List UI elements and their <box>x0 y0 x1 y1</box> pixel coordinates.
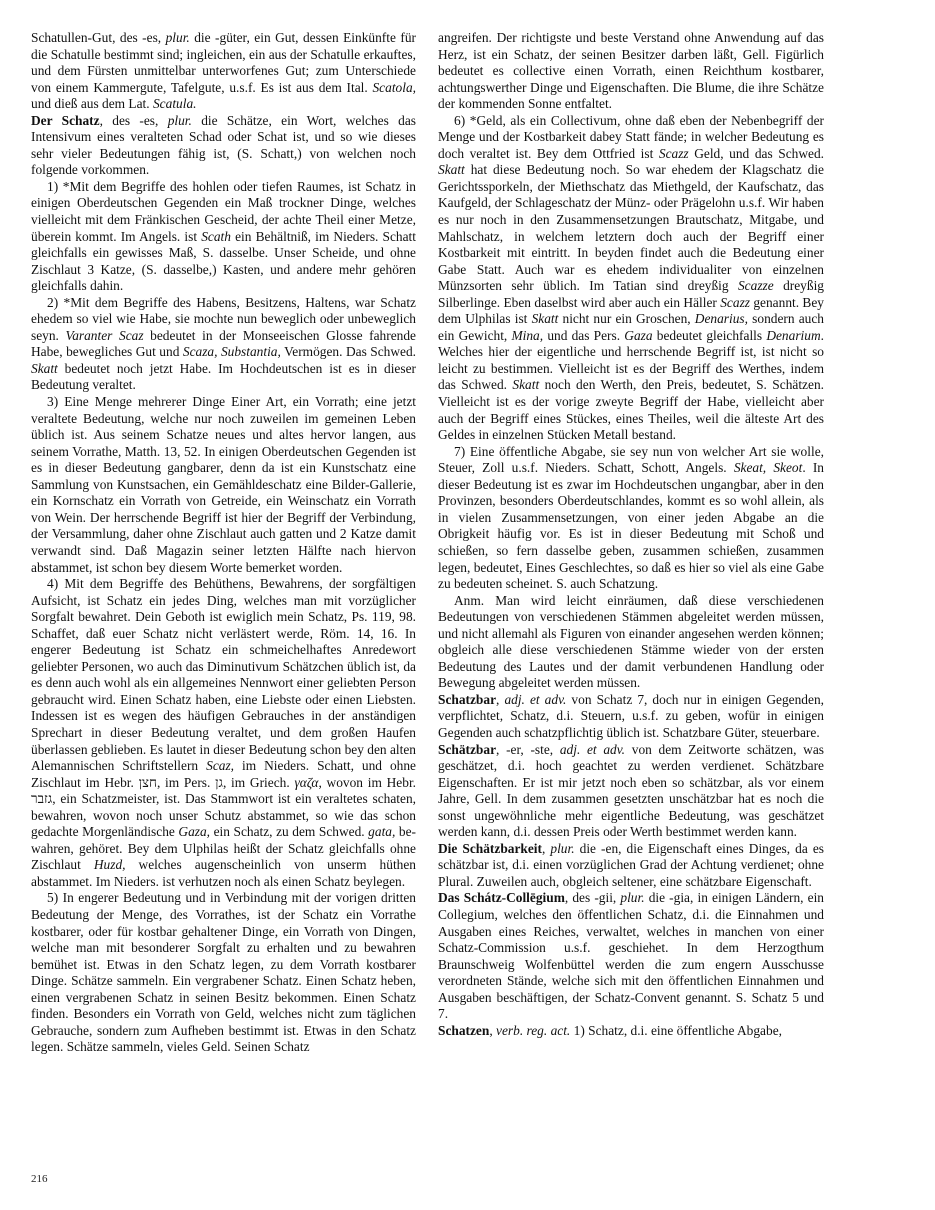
entry-text: 4) Mit dem Begriffe des Behüthens, Bewah… <box>31 576 416 773</box>
entry-sense-3: 3) Eine Menge mehrerer Dinge Einer Art, … <box>31 394 416 576</box>
headword: Schatzbar <box>438 692 496 707</box>
italic-term: Mina, <box>511 328 543 343</box>
headword: Die Schätzbarkeit <box>438 841 542 856</box>
entry-text: , des -gii, <box>565 890 621 905</box>
headword: Der Schatz <box>31 113 100 128</box>
italic-term: gata, <box>368 824 395 839</box>
italic-term: adj. et adv. <box>560 742 625 757</box>
entry-sense-1: 1) *Mit dem Begriffe des hohlen oder tie… <box>31 179 416 295</box>
entry-text: Geld, und das Schwed. <box>689 146 824 161</box>
entry-text: angreifen. Der richtigste und beste Vers… <box>438 30 824 111</box>
entry-schaetzbarkeit: Die Schätzbarkeit, plur. die -en, die Ei… <box>438 841 824 891</box>
entry-sense-5: 5) In engerer Bedeutung und in Verbindun… <box>31 890 416 1055</box>
entry-anm: Anm. Man wird leicht einräumen, daß dies… <box>438 593 824 692</box>
italic-term: Denarius, <box>695 311 748 326</box>
italic-term: Scazz <box>720 295 750 310</box>
italic-term: adj. et adv. <box>504 692 566 707</box>
italic-term: Sca­tula. <box>153 96 197 111</box>
italic-term: plur. <box>620 890 644 905</box>
entry-text: die -gia, in einigen Ländern, ein Colleg… <box>438 890 824 1021</box>
italic-term: plur. <box>168 113 192 128</box>
italic-term: Skatt <box>512 377 539 392</box>
right-column: angreifen. Der richtigste und beste Vers… <box>438 30 824 1039</box>
entry-text: Anm. Man wird leicht einräumen, daß dies… <box>438 593 824 691</box>
entry-sense-4: 4) Mit dem Begriffe des Behüthens, Bewah… <box>31 576 416 890</box>
entry-text: ein Schatz, zu dem Schwed. <box>210 824 368 839</box>
entry-der-schatz: Der Schatz, des -es, plur. die Schätze, … <box>31 113 416 179</box>
entry-schaetzbar: Schätzbar, -er, -ste, adj. et adv. von d… <box>438 742 824 841</box>
entry-text: . In dieser Bedeutung ist es zwar im Hoc… <box>438 460 824 591</box>
italic-term: Scath <box>201 229 231 244</box>
italic-term: Huzd, <box>94 857 126 872</box>
italic-term: Scatola, <box>372 80 416 95</box>
page-number: 216 <box>31 1173 48 1185</box>
italic-term: Skeat, Skeot <box>734 460 803 475</box>
entry-text: nicht nur ein Groschen, <box>558 311 694 326</box>
entry-schatzbar: Schatzbar, adj. et adv. von Schatz 7, do… <box>438 692 824 742</box>
entry-sense-7: 7) Eine öffentliche Abgabe, sie sey nun … <box>438 444 824 593</box>
italic-term: Skatt <box>438 162 465 177</box>
entry-sense-2: 2) *Mit dem Begriffe des Habens, Besitze… <box>31 295 416 394</box>
entry-text: Schatullen-Gut, des -es, <box>31 30 166 45</box>
italic-term: Gaza, <box>178 824 210 839</box>
entry-text: 1) Schatz, d.i. eine öffentliche Abgabe, <box>570 1023 782 1038</box>
entry-text: 5) In engerer Bedeutung und in Verbindun… <box>31 890 416 1054</box>
entry-schatullengut: Schatullen-Gut, des -es, plur. die -güte… <box>31 30 416 113</box>
entry-text: , des -es, <box>100 113 168 128</box>
entry-text: bedeutet gleichfalls <box>653 328 767 343</box>
italic-term: Scazz <box>659 146 689 161</box>
left-column: Schatullen-Gut, des -es, plur. die -güte… <box>31 30 416 1056</box>
italic-term: Scaza, Substantia, <box>183 344 281 359</box>
italic-term: plur. <box>166 30 190 45</box>
italic-term: γαζα <box>294 775 318 790</box>
italic-term: Denarium <box>766 328 820 343</box>
entry-text: , -er, -ste, <box>496 742 560 757</box>
entry-schatz-collegium: Das Schátz-Collēgium, des -gii, plur. di… <box>438 890 824 1022</box>
headword: Schätzbar <box>438 742 496 757</box>
entry-text: bedeutet noch jetzt Habe. Im Hochdeutsch… <box>31 361 416 393</box>
entry-sense-5-cont: angreifen. Der richtigste und beste Vers… <box>438 30 824 113</box>
entry-text: 3) Eine Menge mehrerer Dinge Einer Art, … <box>31 394 416 574</box>
entry-sense-6: 6) *Geld, als ein Collectivum, ohne daß … <box>438 113 824 444</box>
entry-text: und dieß aus dem Lat. <box>31 96 153 111</box>
italic-term: Skatt <box>31 361 58 376</box>
headword: Schatzen <box>438 1023 489 1038</box>
entry-schatzen: Schatzen, verb. reg. act. 1) Schatz, d.i… <box>438 1023 824 1040</box>
italic-term: Gaza <box>624 328 652 343</box>
headword: Das Schátz-Collēgium <box>438 890 565 905</box>
italic-term: Varanter Scaz <box>66 328 144 343</box>
italic-term: Scaz, <box>206 758 234 773</box>
entry-text: hat diese Bedeutung noch. So war ehedem … <box>438 162 824 293</box>
entry-text: und das Pers. <box>543 328 624 343</box>
italic-term: plur. <box>550 841 574 856</box>
italic-term: verb. reg. act. <box>496 1023 570 1038</box>
italic-term: Scazze <box>738 278 774 293</box>
italic-term: Skatt <box>532 311 559 326</box>
entry-text: Vermögen. Das Schwed. <box>281 344 416 359</box>
